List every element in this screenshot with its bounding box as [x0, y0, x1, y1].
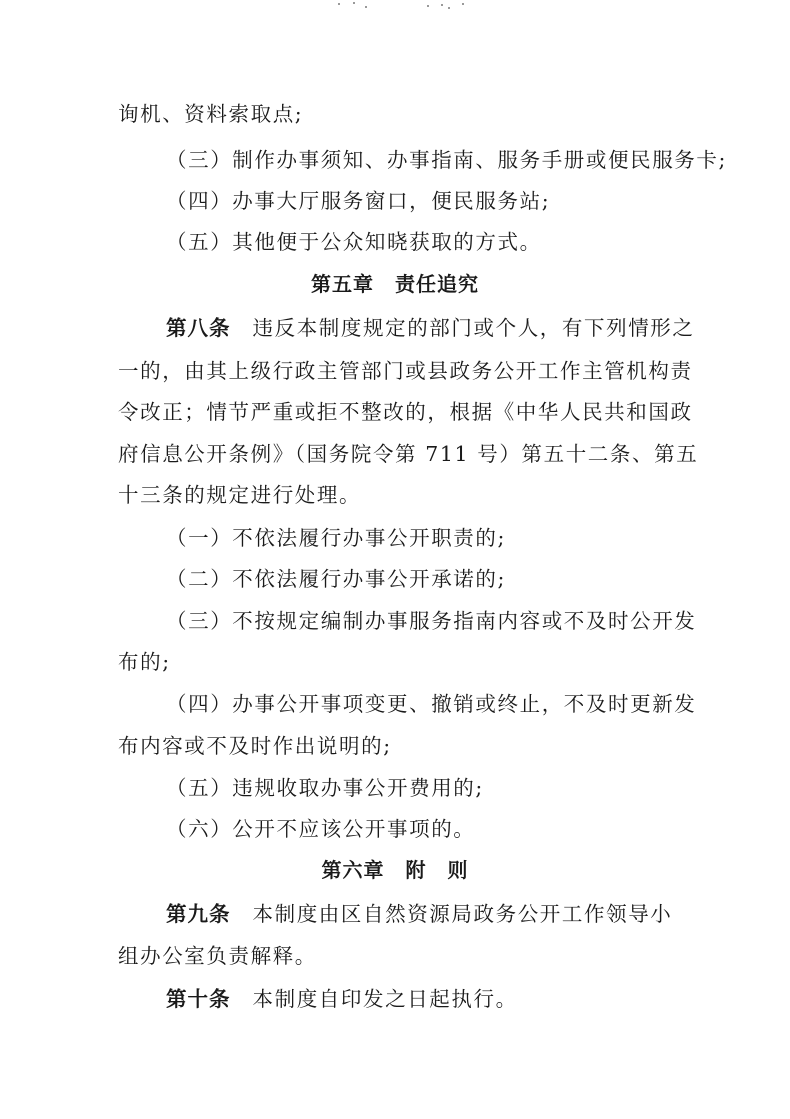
scan-noise — [441, 4, 443, 6]
chapter-heading: 第五章 责任追究 — [0, 270, 790, 298]
text-line: 一的，由其上级行政主管部门或县政务公开工作主管机构责 — [118, 357, 678, 385]
text-line: 令改正；情节严重或拒不整改的，根据《中华人民共和国政 — [118, 398, 678, 426]
article-label: 第九条 — [166, 902, 231, 926]
scanned-document-page: 询机、资料索取点; （三）制作办事须知、办事指南、服务手册或便民服务卡; （四）… — [0, 0, 790, 1119]
list-item: （六）公开不应该公开事项的。 — [166, 815, 678, 843]
text-line: 十三条的规定进行处理。 — [118, 481, 678, 509]
text-line: 询机、资料索取点; — [118, 100, 678, 128]
scan-noise — [448, 7, 450, 9]
article-paragraph: 第八条违反本制度规定的部门或个人，有下列情形之 — [166, 314, 678, 342]
text-line: 组办公室负责解释。 — [118, 942, 678, 970]
article-text: 违反本制度规定的部门或个人，有下列情形之 — [253, 316, 695, 340]
scan-noise — [365, 6, 367, 8]
scan-noise — [338, 3, 340, 5]
list-item: （二）不依法履行办事公开承诺的; — [166, 565, 678, 593]
list-item: （四）办事大厅服务窗口，便民服务站; — [166, 187, 678, 215]
article-text: 本制度自印发之日起执行。 — [253, 987, 518, 1011]
text-line: 布的; — [118, 648, 678, 676]
list-item: （三）不按规定编制办事服务指南内容或不及时公开发 — [166, 607, 678, 635]
text-line: 府信息公开条例》（国务院令第 711 号）第五十二条、第五 — [118, 440, 678, 468]
list-item: （五）其他便于公众知晓获取的方式。 — [166, 228, 678, 256]
article-paragraph: 第十条本制度自印发之日起执行。 — [166, 985, 678, 1013]
text-line: 布内容或不及时作出说明的; — [118, 732, 678, 760]
article-label: 第十条 — [166, 987, 231, 1011]
list-item: （四）办事公开事项变更、撤销或终止，不及时更新发 — [166, 690, 678, 718]
list-item: （一）不依法履行办事公开职责的; — [166, 524, 678, 552]
scan-noise — [427, 5, 429, 7]
chapter-heading: 第六章 附 则 — [0, 856, 790, 884]
article-label: 第八条 — [166, 316, 231, 340]
list-item: （三）制作办事须知、办事指南、服务手册或便民服务卡; — [166, 146, 678, 174]
article-text: 本制度由区自然资源局政务公开工作领导小 — [253, 902, 673, 926]
scan-noise — [462, 3, 464, 5]
article-paragraph: 第九条本制度由区自然资源局政务公开工作领导小 — [166, 900, 678, 928]
list-item: （五）违规收取办事公开费用的; — [166, 774, 678, 802]
scan-noise — [353, 2, 355, 4]
